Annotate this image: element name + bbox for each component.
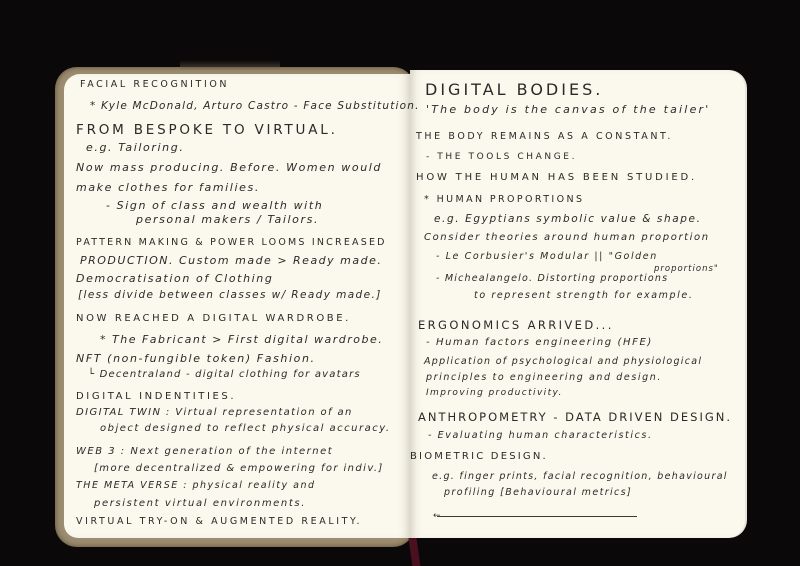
note-line: principles to engineering and design.: [426, 373, 662, 383]
heading-digital-wardrobe: NOW REACHED A DIGITAL WARDROBE.: [76, 314, 351, 324]
note-line: persistent virtual environments.: [94, 499, 306, 509]
note-line: WEB 3 : Next generation of the internet: [76, 447, 333, 457]
note-line: - Sign of class and wealth with: [106, 200, 323, 211]
note-line: object designed to reflect physical accu…: [100, 424, 391, 434]
heading-anthropometry: ANTHROPOMETRY - DATA DRIVEN DESIGN.: [418, 412, 732, 424]
note-line: personal makers / Tailors.: [136, 214, 319, 225]
heading-human-proportions: * HUMAN PROPORTIONS: [424, 195, 584, 205]
note-line: * Kyle McDonald, Arturo Castro - Face Su…: [90, 101, 420, 112]
heading-bespoke-to-virtual: FROM BESPOKE TO VIRTUAL.: [76, 124, 338, 138]
note-line: Consider theories around human proportio…: [424, 233, 710, 243]
note-line: - Le Corbusier's Modular || "Golden: [436, 252, 658, 262]
quote-line: 'The body is the canvas of the tailer': [426, 104, 710, 115]
note-line: - Michealangelo. Distorting proportions: [436, 274, 668, 284]
note-line: NFT (non-fungible token) Fashion.: [76, 353, 316, 364]
arrow-line: [437, 516, 637, 517]
note-line: - Human factors engineering (HFE): [426, 338, 653, 348]
note-line: Now mass producing. Before. Women would: [76, 162, 382, 173]
note-line: └ Decentraland - digital clothing for av…: [88, 370, 361, 380]
note-line: Application of psychological and physiol…: [424, 357, 702, 367]
note-line: THE META VERSE : physical reality and: [76, 481, 316, 491]
note-line: DIGITAL TWIN : Virtual representation of…: [76, 408, 353, 418]
heading-digital-identities: DIGITAL INDENTITIES.: [76, 392, 236, 402]
heading-virtual-try-on: VIRTUAL TRY-ON & AUGMENTED REALITY.: [76, 517, 362, 527]
note-line: [less divide between classes w/ Ready ma…: [78, 290, 382, 301]
heading-ergonomics: ERGONOMICS ARRIVED...: [418, 320, 614, 332]
note-line: Improving productivity.: [426, 389, 563, 398]
cover-edge: [180, 60, 280, 70]
note-line: - THE TOOLS CHANGE.: [426, 153, 577, 162]
note-line: - Evaluating human characteristics.: [428, 431, 653, 441]
heading-facial-recognition: FACIAL RECOGNITION: [80, 80, 229, 90]
heading-digital-bodies: DIGITAL BODIES.: [425, 82, 603, 98]
note-line: [more decentralized & empowering for ind…: [94, 464, 384, 474]
note-line: profiling [Behavioural metrics]: [444, 488, 632, 498]
note-line: * The Fabricant > First digital wardrobe…: [100, 334, 383, 345]
heading-how-human-studied: HOW THE HUMAN HAS BEEN STUDIED.: [416, 173, 697, 183]
heading-biometric-design: BIOMETRIC DESIGN.: [410, 452, 548, 462]
note-line: THE BODY REMAINS AS A CONSTANT.: [416, 132, 673, 142]
note-line: to represent strength for example.: [474, 291, 693, 301]
note-line: make clothes for families.: [76, 182, 260, 193]
heading-pattern-making: PATTERN MAKING & POWER LOOMS INCREASED: [76, 238, 387, 248]
note-line: e.g. Egyptians symbolic value & shape.: [434, 214, 702, 225]
note-line: e.g. finger prints, facial recognition, …: [432, 472, 728, 482]
note-line: PRODUCTION. Custom made > Ready made.: [80, 255, 382, 266]
note-line: Democratisation of Clothing: [76, 273, 273, 284]
note-line: e.g. Tailoring.: [86, 142, 184, 153]
